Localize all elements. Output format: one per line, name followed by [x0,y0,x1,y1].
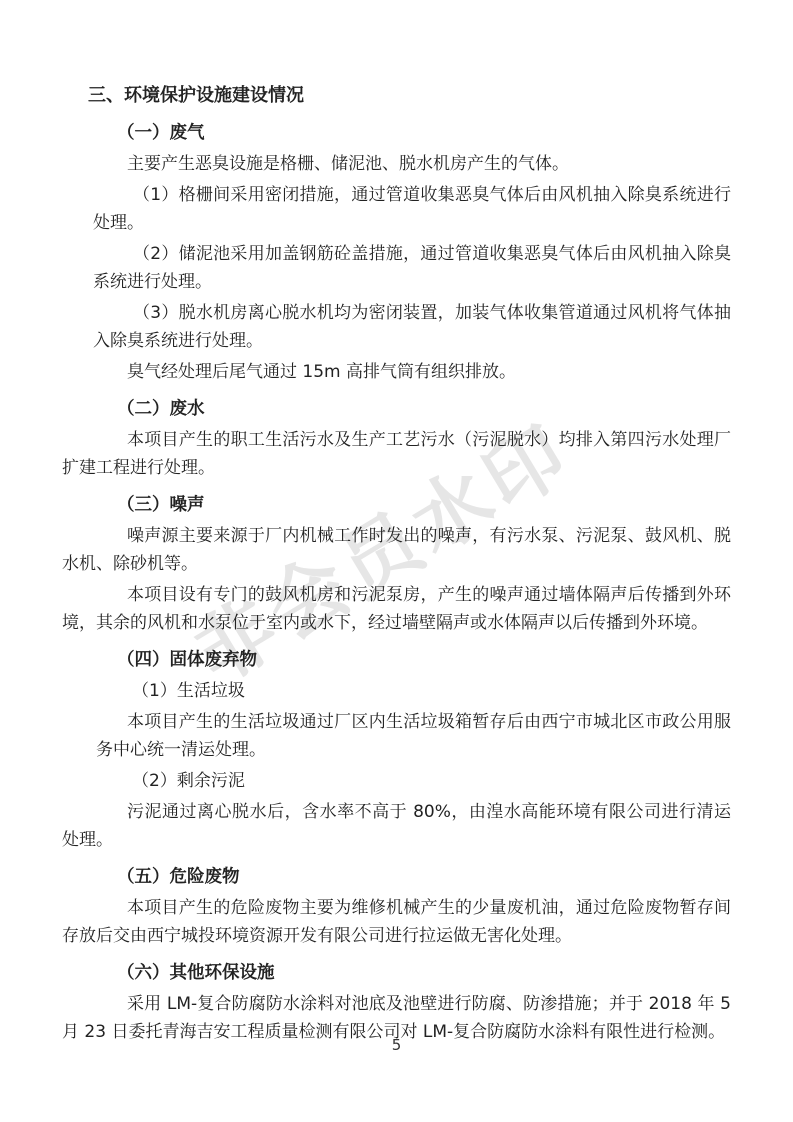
document-title: 三、环境保护设施建设情况 [88,82,731,110]
paragraph: 主要产生恶臭设施是格栅、储泥池、脱水机房产生的气体。 [62,150,731,178]
paragraph: 本项目产生的生活垃圾通过厂区内生活垃圾箱暂存后由西宁市城北区市政公用服务中心统一… [96,708,731,764]
section-heading-waste-gas: （一）废气 [117,119,731,147]
paragraph: 本项目产生的危险废物主要为维修机械产生的少量废机油，通过危险废物暂存间存放后交由… [62,894,731,950]
paragraph: （2）剩余污泥 [62,767,731,795]
section-heading-noise: （三）噪声 [117,491,731,519]
section-heading-hazardous-waste: （五）危险废物 [117,863,731,891]
section-heading-solid-waste: （四）固体废弃物 [117,646,731,674]
paragraph: 本项目产生的职工生活污水及生产工艺污水（污泥脱水）均排入第四污水处理厂扩建工程进… [62,426,731,482]
page-number: 5 [0,1034,793,1056]
document-content: 三、环境保护设施建设情况 （一）废气 主要产生恶臭设施是格栅、储泥池、脱水机房产… [62,82,731,1049]
paragraph: 本项目设有专门的鼓风机房和污泥泵房，产生的噪声通过墙体隔声后传播到外环境，其余的… [62,581,731,637]
paragraph: （2）储泥池采用加盖钢筋砼盖措施，通过管道收集恶臭气体后由风机抽入除臭系统进行处… [93,240,731,296]
section-heading-other-facilities: （六）其他环保设施 [117,959,731,987]
paragraph: （1）格栅间采用密闭措施，通过管道收集恶臭气体后由风机抽入除臭系统进行处理。 [93,181,731,237]
paragraph: 污泥通过离心脱水后，含水率不高于 80%，由湟水高能环境有限公司进行清运处理。 [62,798,731,854]
paragraph: （1）生活垃圾 [62,677,731,705]
document-page: 非会员水印 三、环境保护设施建设情况 （一）废气 主要产生恶臭设施是格栅、储泥池… [0,0,793,1122]
section-heading-waste-water: （二）废水 [117,395,731,423]
paragraph: 噪声源主要来源于厂内机械工作时发出的噪声，有污水泵、污泥泵、鼓风机、脱水机、除砂… [62,522,731,578]
paragraph: 臭气经处理后尾气通过 15m 高排气筒有组织排放。 [62,358,731,386]
paragraph: （3）脱水机房离心脱水机均为密闭装置，加装气体收集管道通过风机将气体抽入除臭系统… [93,299,731,355]
